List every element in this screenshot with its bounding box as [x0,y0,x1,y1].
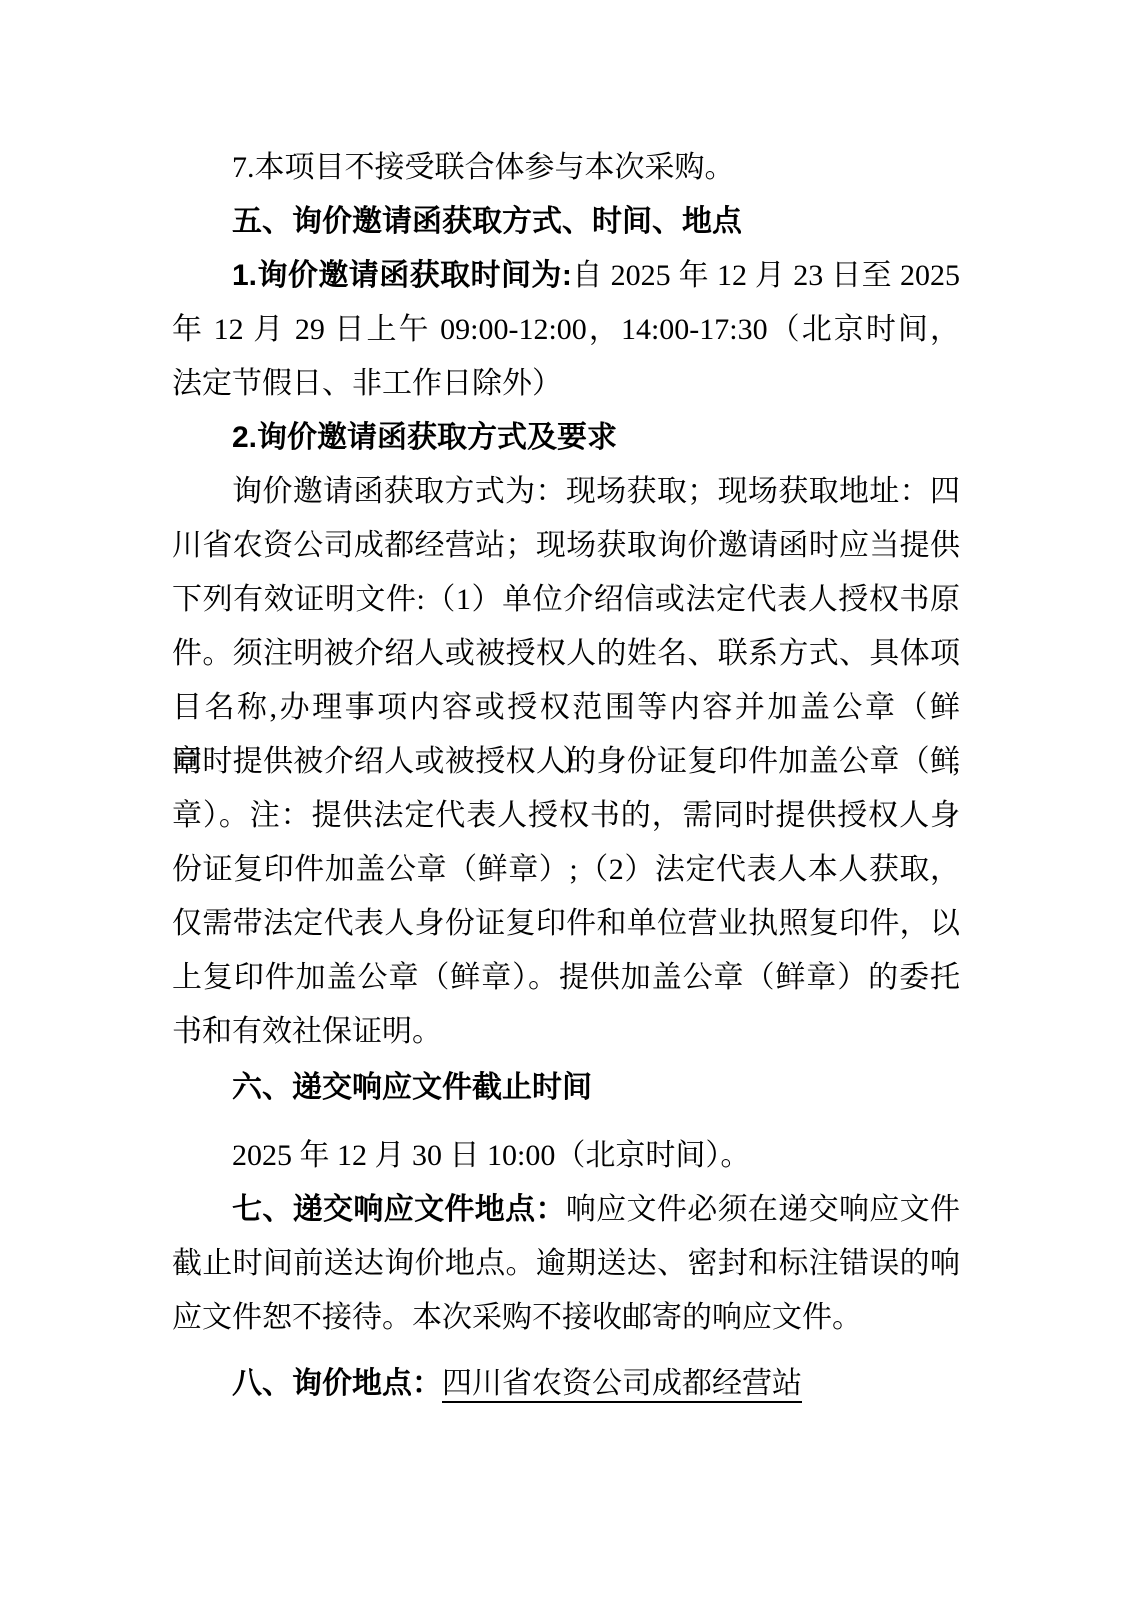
line-obtain-time-3: 法定节假日、非工作日除外） [172,357,960,411]
heading-text: 五、询价邀请函获取方式、时间、地点 [232,205,742,238]
body-text: 上复印件加盖公章（鲜章）。提供加盖公章（鲜章）的委托 [172,961,960,994]
line-deadline-datetime: 2025 年 12 月 30 日 10:00（北京时间）。 [172,1129,960,1183]
line-section-7-delivery-place-1: 七、递交响应文件地点：响应文件必须在递交响应文件 [172,1183,960,1237]
line-method-2: 川省农资公司成都经营站；现场获取询价邀请函时应当提供 [172,519,960,573]
heading-text: 七、递交响应文件地点： [232,1193,566,1226]
heading-text: 1.询价邀请函获取时间为: [232,259,572,292]
body-text: 应文件恕不接待。本次采购不接收邮寄的响应文件。 [172,1301,862,1334]
body-text: 件。须注明被介绍人或被授权人的姓名、联系方式、具体项 [172,637,960,670]
line-delivery-place-3: 应文件恕不接待。本次采购不接收邮寄的响应文件。 [172,1291,960,1345]
line-method-11: 书和有效社保证明。 [172,1005,960,1059]
body-text: 法定节假日、非工作日除外） [172,367,562,400]
line-method-9: 仅需带法定代表人身份证复印件和单位营业执照复印件，以 [172,897,960,951]
body-text: 下列有效证明文件:（1）单位介绍信或法定代表人授权书原 [172,583,960,616]
document-body: 7.本项目不接受联合体参与本次采购。五、询价邀请函获取方式、时间、地点1.询价邀… [172,141,960,1411]
heading-text: 2.询价邀请函获取方式及要求 [232,421,617,454]
line-method-5: 目名称,办理事项内容或授权范围等内容并加盖公章（鲜章）, [172,681,960,735]
heading-section-6-deadline: 六、递交响应文件截止时间 [172,1061,960,1115]
line-delivery-place-2: 截止时间前送达询价地点。逾期送达、密封和标注错误的响 [172,1237,960,1291]
line-obtain-time-1: 1.询价邀请函获取时间为:自 2025 年 12 月 23 日至 2025 [172,249,960,303]
body-text: 7.本项目不接受联合体参与本次采购。 [232,151,735,184]
body-text: 响应文件必须在递交响应文件 [566,1193,960,1226]
line-method-3: 下列有效证明文件:（1）单位介绍信或法定代表人授权书原 [172,573,960,627]
body-text: 年 12 月 29 日上午 09:00-12:00，14:00-17:30（北京… [172,313,960,346]
body-text: 2025 年 12 月 30 日 10:00（北京时间）。 [232,1139,750,1172]
body-text: 份证复印件加盖公章（鲜章）;（2）法定代表人本人获取， [172,853,960,886]
body-text: 仅需带法定代表人身份证复印件和单位营业执照复印件，以 [172,907,960,940]
line-method-8: 份证复印件加盖公章（鲜章）;（2）法定代表人本人获取， [172,843,960,897]
line-method-10: 上复印件加盖公章（鲜章）。提供加盖公章（鲜章）的委托 [172,951,960,1005]
underlined-text: 四川省农资公司成都经营站 [442,1367,802,1400]
heading-section-5-obtain-method-time-place: 五、询价邀请函获取方式、时间、地点 [172,195,960,249]
heading-text: 六、递交响应文件截止时间 [232,1071,592,1104]
line-method-6: 同时提供被介绍人或被授权人的身份证复印件加盖公章（鲜 [172,735,960,789]
line-method-1: 询价邀请函获取方式为：现场获取；现场获取地址：四 [172,465,960,519]
document-page: 7.本项目不接受联合体参与本次采购。五、询价邀请函获取方式、时间、地点1.询价邀… [0,0,1131,1600]
line-method-4: 件。须注明被介绍人或被授权人的姓名、联系方式、具体项 [172,627,960,681]
heading-text: 八、询价地点： [232,1367,442,1400]
body-text: 川省农资公司成都经营站；现场获取询价邀请函时应当提供 [172,529,960,562]
line-method-7: 章）。注：提供法定代表人授权书的，需同时提供授权人身 [172,789,960,843]
heading-obtain-method-requirements: 2.询价邀请函获取方式及要求 [172,411,960,465]
line-obtain-time-2: 年 12 月 29 日上午 09:00-12:00，14:00-17:30（北京… [172,303,960,357]
body-text: 询价邀请函获取方式为：现场获取；现场获取地址：四 [232,475,960,508]
line-clause-7-no-consortium: 7.本项目不接受联合体参与本次采购。 [172,141,960,195]
body-text: 同时提供被介绍人或被授权人的身份证复印件加盖公章（鲜 [172,745,960,778]
body-text: 章）。注：提供法定代表人授权书的，需同时提供授权人身 [172,799,960,832]
body-text: 自 2025 年 12 月 23 日至 2025 [572,259,960,292]
body-text: 截止时间前送达询价地点。逾期送达、密封和标注错误的响 [172,1247,960,1280]
line-section-8-inquiry-place: 八、询价地点：四川省农资公司成都经营站 [172,1357,960,1411]
body-text: 书和有效社保证明。 [172,1015,442,1048]
